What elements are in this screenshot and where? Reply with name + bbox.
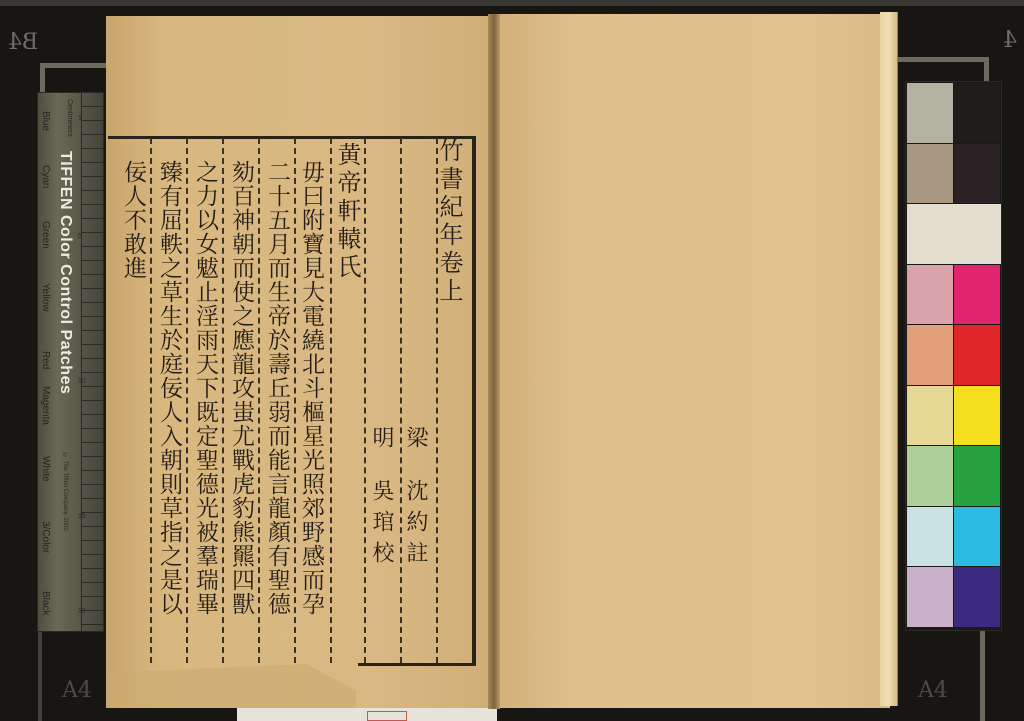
red-seal-stamp (367, 711, 407, 721)
patch-label-magenta: Magenta (40, 386, 51, 425)
color-patch (907, 507, 953, 567)
heading-column: 黄帝軒轅氏 (330, 142, 364, 282)
frame-guide-right-vert (984, 57, 989, 81)
credit-column-liang: 梁 沈約 註 (398, 426, 432, 572)
color-patch (954, 386, 1000, 446)
title-column: 竹書紀年卷上 (432, 138, 466, 306)
board-label-b4: B4 (8, 30, 38, 55)
color-patch (907, 446, 953, 506)
frame-bottom-border (358, 663, 476, 666)
color-patch (954, 144, 1000, 204)
text-column-4: 之力以女魃止淫雨天下既定聖德光被羣瑞畢 (188, 160, 222, 616)
frame-guide-right-top (890, 57, 988, 62)
patch-label-red: Red (40, 351, 51, 369)
color-patch (907, 83, 953, 143)
patch-label-green: Green (40, 221, 51, 249)
text-column-3: 劾百神朝而使之應龍攻蚩尤戰虎豹熊羆四獸 (224, 160, 258, 616)
credit-editor: 吳琯 (364, 479, 398, 541)
ruler-cm-scale (81, 93, 103, 632)
board-label-a4-right: A4 (918, 678, 948, 703)
credit-role: 註 (398, 541, 432, 572)
cm-mark: 15 (78, 513, 86, 520)
frame-top-border (108, 136, 476, 139)
cm-mark: 5 (78, 233, 82, 240)
color-patch (954, 507, 1000, 567)
color-patch-card (905, 81, 1002, 631)
text-column-6: 佞人不敢進 (116, 160, 150, 280)
ruler-units-label: Centimeters (66, 99, 73, 137)
patch-label-white: White (40, 456, 51, 482)
board-label-a4-left: A4 (62, 678, 92, 703)
page-tear (106, 664, 356, 708)
patch-label-blue: Blue (40, 111, 51, 131)
frame-guide-left-bottom (38, 631, 42, 721)
text-column-2: 二十五月而生帝於壽丘弱而能言龍顏有聖德 (260, 160, 294, 616)
woodblock-text-frame: 竹書紀年卷上 梁 沈約 註 明 吳琯 校 黄帝軒轅氏 毋曰附寶見大電繞北斗樞星光… (108, 136, 476, 666)
color-patch (907, 144, 953, 204)
frame-guide-left-top (40, 63, 106, 68)
credit-column-ming: 明 吳琯 校 (364, 426, 398, 572)
patch-label-black: Black (40, 591, 51, 615)
color-patch (954, 265, 1000, 325)
credit-dynasty: 梁 (398, 426, 432, 457)
section-heading: 黄帝軒轅氏 (330, 142, 364, 282)
color-patch (954, 446, 1000, 506)
color-patch (954, 325, 1000, 385)
cm-mark: 10 (78, 378, 86, 385)
color-patch (954, 567, 1000, 627)
column-divider (364, 138, 366, 663)
credit-author: 沈約 (398, 479, 432, 541)
cm-mark: 1 (78, 115, 82, 122)
frame-guide-left-vert (40, 63, 45, 93)
color-patch (907, 325, 953, 385)
color-patch (907, 204, 1001, 264)
text-column-5: 臻有屈軼之草生於庭佞人入朝則草指之是以 (152, 160, 186, 616)
tiffen-color-control-strip: Blue Cyan Green Yellow Red Magenta White… (37, 92, 104, 632)
paper-slip-under-book (237, 708, 497, 721)
patch-label-yellow: Yellow (40, 283, 51, 312)
book-fore-edge (880, 12, 898, 706)
top-edge-strip (0, 0, 1024, 6)
color-patch (954, 83, 1000, 143)
board-label-4: 4 (1003, 28, 1017, 53)
color-patch (907, 386, 953, 446)
patch-label-cyan: Cyan (40, 165, 51, 188)
volume-title: 竹書紀年卷上 (432, 138, 466, 306)
credit-dynasty: 明 (364, 426, 398, 457)
ruler-patch-labels: Blue Cyan Green Yellow Red Magenta White… (40, 111, 56, 631)
frame-guide-right-bottom (980, 631, 985, 721)
column-divider (400, 138, 402, 663)
patch-label-3color: 3/Color (40, 521, 51, 553)
text-column-1: 毋曰附寶見大電繞北斗樞星光照郊野感而孕 (294, 160, 328, 616)
right-page-blank (498, 14, 890, 708)
tiffen-logo: TIFFEN Color Control Patches (56, 151, 74, 394)
frame-outer-border (472, 136, 476, 666)
cm-mark: 19 (78, 608, 86, 615)
book-gutter (488, 14, 500, 709)
color-patch (907, 265, 953, 325)
color-patch (907, 567, 953, 627)
credit-role: 校 (364, 541, 398, 572)
